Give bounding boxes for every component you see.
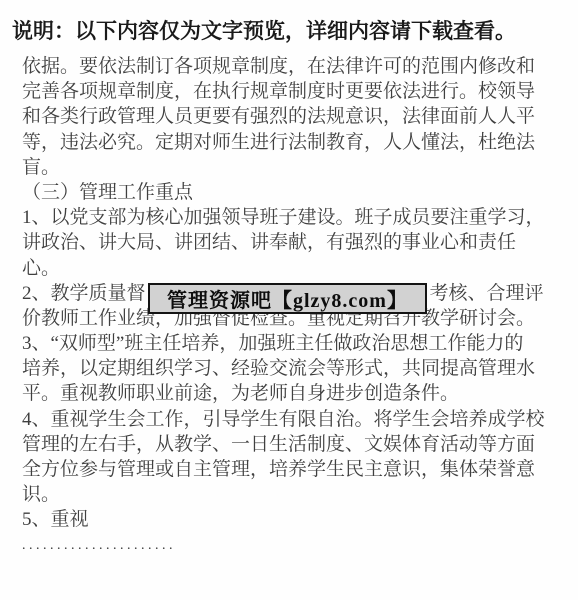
- covered-line-pre-text: 2、教学质量督: [22, 283, 146, 304]
- document-preview-page: 说明：以下内容仅为文字预览，详细内容请下载查看。 依据。要依法制订各项规章制度，…: [0, 0, 578, 600]
- text-line: 识。: [22, 482, 567, 507]
- covered-line-post-text: 考核、合理评: [430, 283, 544, 304]
- text-line: 依据。要依法制订各项规章制度，在法律许可的范围内修改和: [22, 54, 567, 79]
- text-line: 完善各项规章制度，在执行规章制度时更要依法进行。校领导: [22, 79, 567, 104]
- text-line: 4、重视学生会工作，引导学生有限自治。将学生会培养成学校: [22, 407, 567, 432]
- section-heading-line: （三）管理工作重点: [22, 180, 567, 205]
- text-line: 等，违法必究。定期对师生进行法制教育，人人懂法，杜绝法: [22, 130, 567, 155]
- preview-notice-heading: 说明：以下内容仅为文字预览，详细内容请下载查看。: [12, 15, 568, 45]
- text-line: 管理的左右手，从教学、一日生活制度、文娱体育活动等方面: [22, 432, 567, 457]
- text-line: 培养，以定期组织学习、经验交流会等形式，共同提高管理水: [22, 356, 567, 381]
- text-line: 讲政治、讲大局、讲团结、讲奉献，有强烈的事业心和责任: [22, 230, 567, 255]
- text-line: 盲。: [22, 155, 567, 180]
- text-line: 1、以党支部为核心加强领导班子建设。班子成员要注重学习，: [22, 205, 567, 230]
- text-line: 平。重视教师职业前途，为老师自身进步创造条件。: [22, 381, 567, 406]
- text-line: 3、“双师型”班主任培养，加强班主任做政治思想工作能力的: [22, 331, 567, 356]
- text-line: 心。: [22, 256, 567, 281]
- truncation-ellipsis-line: ......................: [22, 533, 567, 558]
- watermark-stamp: 管理资源吧【glzy8.com】: [148, 283, 427, 314]
- text-line: 全方位参与管理或自主管理，培养学生民主意识，集体荣誉意: [22, 457, 567, 482]
- text-line: 5、重视: [22, 507, 567, 532]
- text-line: 和各类行政管理人员更要有强烈的法规意识，法律面前人人平: [22, 104, 567, 129]
